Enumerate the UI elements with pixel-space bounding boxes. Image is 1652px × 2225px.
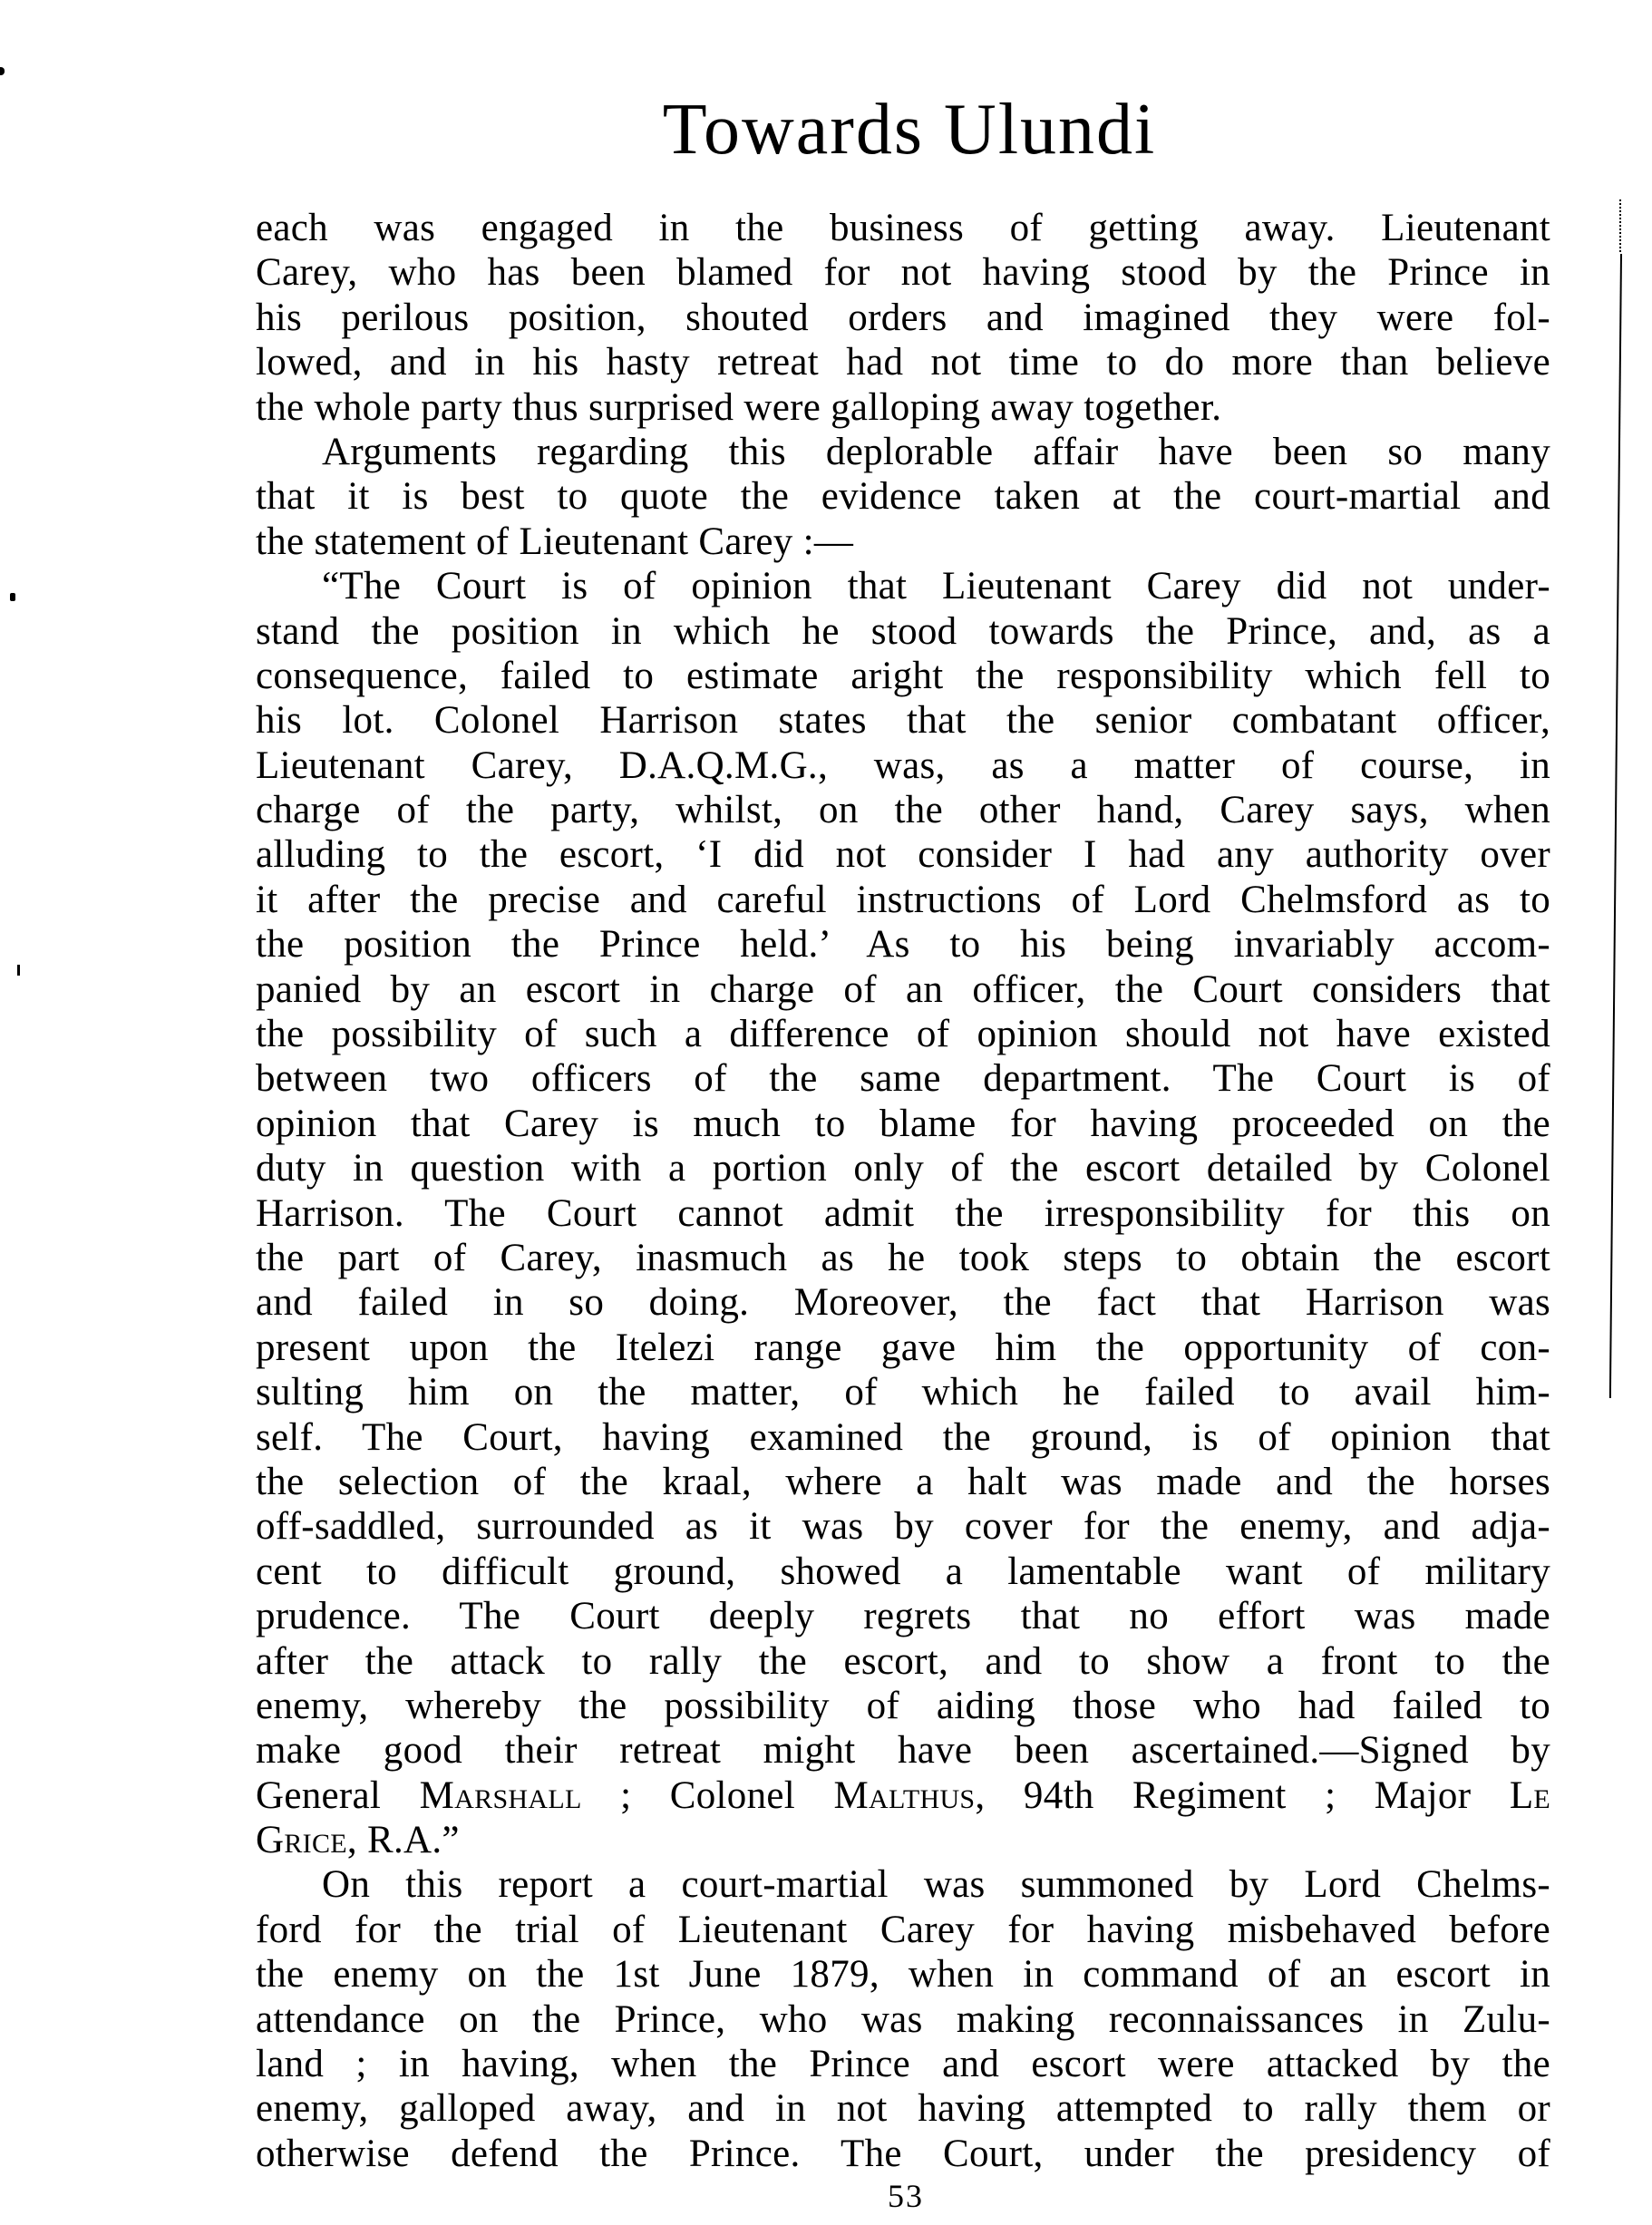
text-fragment: General <box>256 1774 420 1817</box>
text-line: the part of Carey, inasmuch as he took s… <box>256 1236 1550 1280</box>
margin-speck <box>17 965 20 976</box>
text-fragment: , R.A.” <box>347 1819 460 1861</box>
text-line-signatories: General Marshall ; Colonel Malthus, 94th… <box>256 1773 1550 1818</box>
text-line: land ; in having, when the Prince and es… <box>256 2042 1550 2086</box>
text-line: alluding to the escort, ‘I did not consi… <box>256 832 1550 877</box>
text-line: consequence, failed to estimate aright t… <box>256 654 1550 698</box>
text-line: cent to difficult ground, showed a lamen… <box>256 1550 1550 1594</box>
text-line: stand the position in which he stood tow… <box>256 609 1550 654</box>
text-line: panied by an escort in charge of an offi… <box>256 967 1550 1012</box>
text-line: duty in question with a portion only of … <box>256 1146 1550 1190</box>
text-line: that it is best to quote the evidence ta… <box>256 474 1550 519</box>
text-line: the statement of Lieutenant Carey :— <box>256 520 1550 564</box>
text-line: “The Court is of opinion that Lieutenant… <box>256 564 1550 608</box>
text-fragment: ; Colonel <box>582 1774 834 1817</box>
text-line: it after the precise and careful instruc… <box>256 878 1550 922</box>
signatory-name: Marshall <box>420 1774 582 1817</box>
text-line: charge of the party, whilst, on the othe… <box>256 788 1550 832</box>
text-line: enemy, galloped away, and in not having … <box>256 2086 1550 2131</box>
text-line: otherwise defend the Prince. The Court, … <box>256 2132 1550 2176</box>
text-line: ford for the trial of Lieutenant Carey f… <box>256 1908 1550 1952</box>
body-text: each was engaged in the business of gett… <box>256 206 1550 2176</box>
text-line: between two officers of the same departm… <box>256 1056 1550 1101</box>
text-line: the enemy on the 1st June 1879, when in … <box>256 1952 1550 1997</box>
text-line: the position the Prince held.’ As to his… <box>256 922 1550 967</box>
page-number: 53 <box>0 2178 1652 2214</box>
text-line: his perilous position, shouted orders an… <box>256 296 1550 340</box>
margin-speck <box>10 593 15 601</box>
page-edge-line <box>1609 254 1622 1398</box>
margin-speck <box>0 67 5 75</box>
text-line: self. The Court, having examined the gro… <box>256 1415 1550 1460</box>
text-line: after the attack to rally the escort, an… <box>256 1639 1550 1684</box>
text-line: opinion that Carey is much to blame for … <box>256 1102 1550 1146</box>
text-fragment: , 94th Regiment ; Major <box>975 1774 1509 1817</box>
text-line: prudence. The Court deeply regrets that … <box>256 1594 1550 1638</box>
signatory-name: Malthus <box>834 1774 976 1817</box>
text-line: the whole party thus surprised were gall… <box>256 385 1550 430</box>
text-line: attendance on the Prince, who was making… <box>256 1997 1550 2042</box>
text-line: lowed, and in his hasty retreat had not … <box>256 340 1550 384</box>
text-line: the selection of the kraal, where a halt… <box>256 1460 1550 1504</box>
text-line: Carey, who has been blamed for not havin… <box>256 250 1550 295</box>
running-head: Towards Ulundi <box>0 89 1652 170</box>
text-line: off-saddled, surrounded as it was by cov… <box>256 1504 1550 1549</box>
text-line-signatories: Grice, R.A.” <box>256 1818 1550 1862</box>
text-line: the possibility of such a difference of … <box>256 1012 1550 1056</box>
page-edge-dots <box>1619 199 1623 252</box>
text-line: enemy, whereby the possibility of aiding… <box>256 1684 1550 1728</box>
text-line: sulting him on the matter, of which he f… <box>256 1370 1550 1414</box>
text-line: make good their retreat might have been … <box>256 1728 1550 1773</box>
signatory-name: Le <box>1510 1774 1550 1817</box>
text-line: Lieutenant Carey, D.A.Q.M.G., was, as a … <box>256 743 1550 788</box>
text-line: Arguments regarding this deplorable affa… <box>256 430 1550 474</box>
text-line: Harrison. The Court cannot admit the irr… <box>256 1191 1550 1236</box>
text-line: his lot. Colonel Harrison states that th… <box>256 698 1550 743</box>
text-line: On this report a court-martial was summo… <box>256 1862 1550 1907</box>
signatory-name: Grice <box>256 1819 347 1861</box>
text-line: and failed in so doing. Moreover, the fa… <box>256 1280 1550 1325</box>
text-line: each was engaged in the business of gett… <box>256 206 1550 250</box>
text-line: present upon the Itelezi range gave him … <box>256 1326 1550 1370</box>
